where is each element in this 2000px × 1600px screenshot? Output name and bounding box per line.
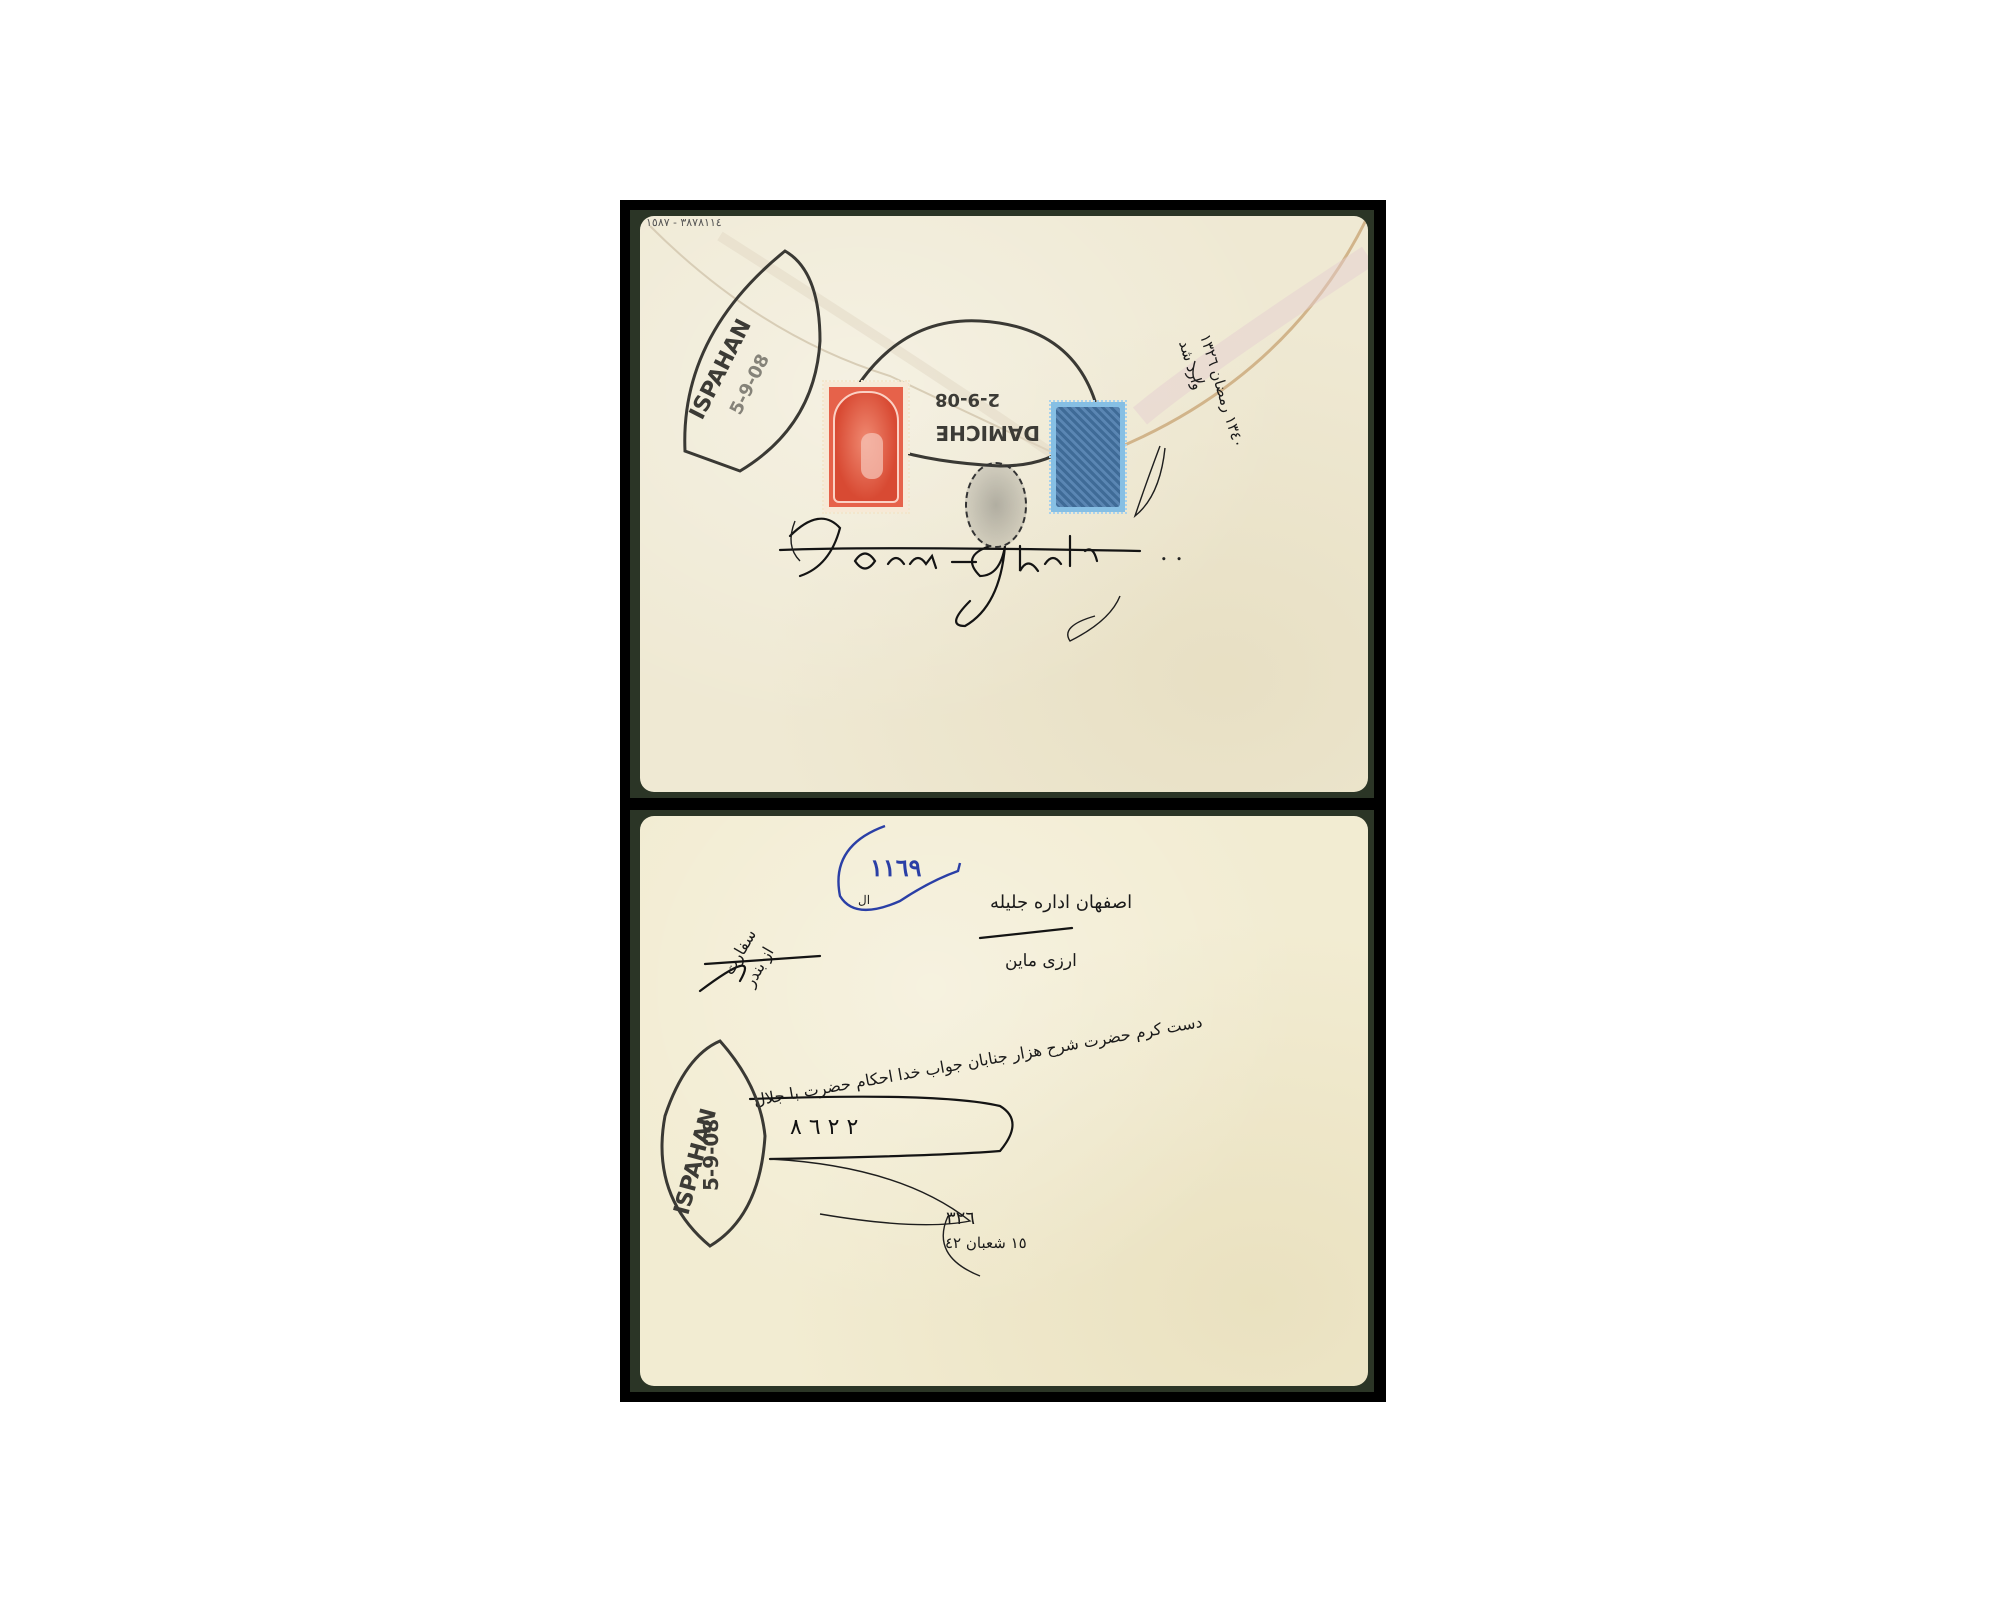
envelope-bottom: ١١٦٩ ال اصفهان اداره جلیله ارزی ماین سفا…: [640, 816, 1368, 1386]
ink-loop: [1068, 596, 1120, 641]
black-mount: ISPAHAN 5-9-08 2-9-08 DAMICHE . . ١٣٤٠ ر…: [620, 200, 1386, 1402]
pencil-note: ٣٨٧٨١١٤ - ١٥٨٧: [646, 216, 722, 229]
seal-impression: [965, 462, 1027, 548]
signature-dots: . .: [1160, 538, 1183, 566]
main-handwritten-line: دست کرم حضرت شرح هزار جنابان جواب خدا اح…: [752, 1012, 1204, 1110]
blue-number: ١١٦٩: [870, 853, 922, 882]
bottom-note-1: ٣٢٦: [946, 1208, 975, 1229]
svg-text:ال: ال: [858, 893, 870, 907]
blue-postage-stamp: [1051, 402, 1125, 512]
address-line-2: ارزی ماین: [1005, 951, 1077, 971]
svg-text:5-9-08: 5-9-08: [699, 1119, 723, 1191]
red-postage-stamp: [824, 382, 908, 512]
signature-hosein-ghali: [790, 519, 1097, 626]
cover-top-panel: ISPAHAN 5-9-08 2-9-08 DAMICHE . . ١٣٤٠ ر…: [630, 210, 1374, 798]
stamp-vignette-blue: [1056, 407, 1120, 507]
stamp-vignette-red: [833, 391, 899, 503]
svg-text:2-9-08: 2-9-08: [935, 389, 1000, 410]
number-line: ٢ ٢ ٦ ٨: [790, 1115, 858, 1140]
ink-loop: [1135, 446, 1165, 516]
envelope-top: ISPAHAN 5-9-08 2-9-08 DAMICHE . . ١٣٤٠ ر…: [640, 216, 1368, 792]
svg-text:DAMICHE: DAMICHE: [935, 421, 1040, 445]
ink-flourish-2: [770, 1159, 970, 1225]
address-line-1: اصفهان اداره جلیله: [990, 892, 1132, 913]
cover-bottom-panel: ١١٦٩ ال اصفهان اداره جلیله ارزی ماین سفا…: [630, 810, 1374, 1392]
bottom-note-2: ١٥ شعبان ٤٢: [945, 1234, 1027, 1252]
address-side-ink: ١١٦٩ ال اصفهان اداره جلیله ارزی ماین سفا…: [640, 816, 1368, 1386]
